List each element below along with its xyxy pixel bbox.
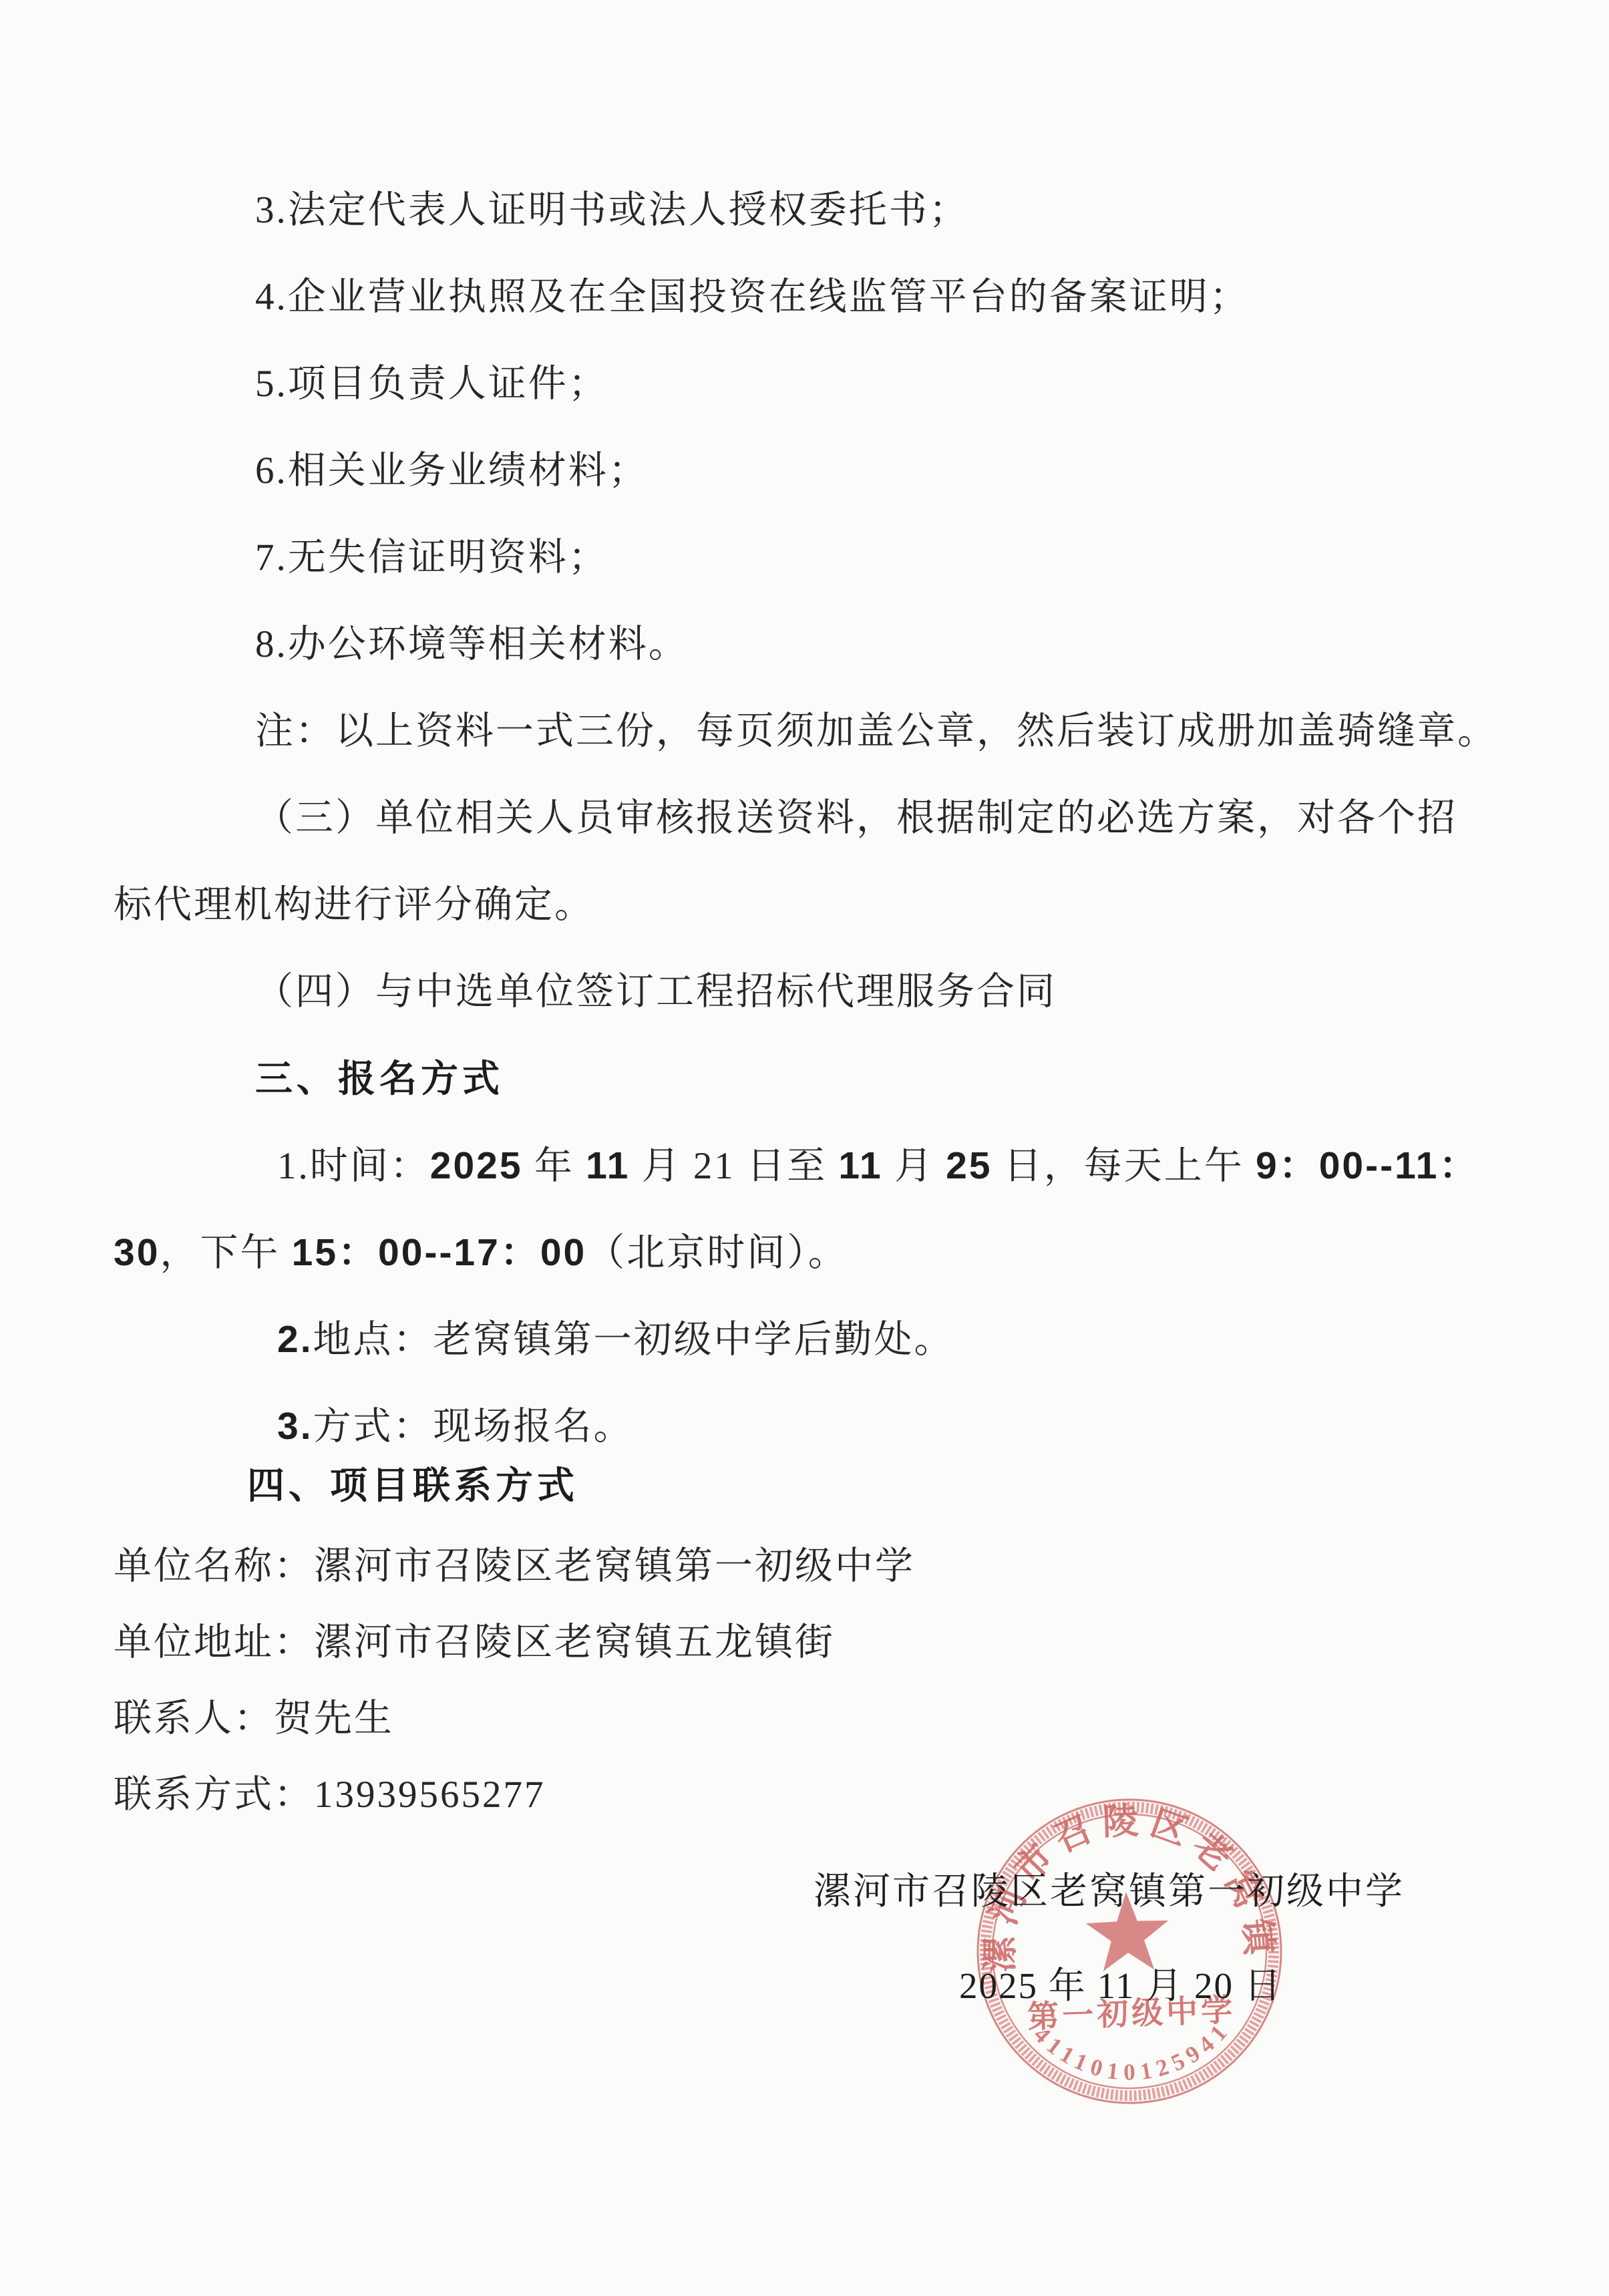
line-heading-four: 四、项目联系方式 — [114, 1452, 1495, 1519]
text-run: 3. — [277, 1405, 313, 1448]
text-run: 3.法定代表人证明书或法人授权委托书； — [255, 189, 969, 231]
line-item-8: 8.办公环境等相关材料。 — [114, 601, 1495, 688]
line-heading-three: 三、报名方式 — [114, 1035, 1495, 1122]
text-run: 11 — [586, 1144, 630, 1187]
text-run: 1.时间： — [277, 1145, 430, 1187]
line-org-address: 单位地址：漯河市召陵区老窝镇五龙镇街 — [114, 1605, 1495, 1681]
text-run: 15：00--17：00 — [292, 1231, 587, 1274]
text-run: 方式：现场报名。 — [313, 1406, 634, 1448]
closing-signature: 漯河市召陵区老窝镇第一初级中学 — [814, 1862, 1405, 1915]
text-run: （北京时间）。 — [586, 1232, 848, 1274]
text-run: 单位名称：漯河市召陵区老窝镇第一初级中学 — [114, 1545, 915, 1587]
line-contact-person: 联系人：贺先生 — [114, 1681, 1495, 1757]
text-run: 月 — [883, 1145, 946, 1187]
line-item-3: 3.法定代表人证明书或法人授权委托书； — [114, 167, 1495, 254]
line-org-name: 单位名称：漯河市召陵区老窝镇第一初级中学 — [114, 1528, 1495, 1605]
text-run: 联系人：贺先生 — [114, 1697, 394, 1740]
text-run: 注：以上资料一式三份，每页须加盖公章，然后装订成册加盖骑缝章。 — [255, 710, 1497, 752]
line-para-three-line-2: 标代理机构进行评分确定。 — [114, 862, 1495, 949]
text-run: ，下午 — [160, 1232, 291, 1274]
line-para-three-line-1: （三）单位相关人员审核报送资料，根据制定的必选方案，对各个招 — [114, 775, 1495, 862]
text-run: 2. — [277, 1318, 313, 1361]
text-run: 6.相关业务业绩材料； — [255, 450, 649, 492]
line-contact-phone: 联系方式：13939565277 — [114, 1757, 1495, 1833]
line-time-line-2: 30，下午 15：00--17：00（北京时间）。 — [114, 1209, 1495, 1296]
line-item-7: 7.无失信证明资料； — [114, 514, 1495, 601]
text-run: （三）单位相关人员审核报送资料，根据制定的必选方案，对各个招 — [255, 797, 1457, 839]
text-run: （四）与中选单位签订工程招标代理服务合同 — [255, 971, 1057, 1013]
text-run: 11 — [838, 1144, 882, 1187]
text-run: 8.办公环境等相关材料。 — [255, 623, 689, 665]
line-note: 注：以上资料一式三份，每页须加盖公章，然后装订成册加盖骑缝章。 — [114, 688, 1495, 775]
text-run: 5.项目负责人证件； — [255, 363, 608, 405]
text-run: 单位地址：漯河市召陵区老窝镇五龙镇街 — [114, 1621, 835, 1663]
text-run: 四、项目联系方式 — [247, 1464, 578, 1506]
text-run: 30 — [114, 1231, 160, 1274]
text-run: 月 21 日至 — [630, 1145, 838, 1187]
document-body: 3.法定代表人证明书或法人授权委托书；4.企业营业执照及在全国投资在线监管平台的… — [114, 167, 1495, 1833]
text-run: 25 — [946, 1144, 992, 1187]
line-item-5: 5.项目负责人证件； — [114, 341, 1495, 428]
text-run: 标代理机构进行评分确定。 — [114, 884, 594, 926]
text-run: 4.企业营业执照及在全国投资在线监管平台的备案证明； — [255, 276, 1250, 318]
line-time-line-1: 1.时间：2025 年 11 月 21 日至 11 月 25 日，每天上午 9：… — [114, 1122, 1495, 1209]
scanned-document-page: 漯河市召陵区老窝镇 第一初级中学 4111010125941 3.法定代表人证明… — [0, 0, 1609, 2296]
text-run: 年 — [523, 1145, 586, 1187]
text-run: 2025 — [430, 1144, 523, 1187]
line-place: 2.地点：老窝镇第一初级中学后勤处。 — [114, 1296, 1495, 1383]
text-run: 三、报名方式 — [255, 1057, 504, 1100]
text-run: 7.无失信证明资料； — [255, 536, 608, 579]
text-run: 9：00--11： — [1256, 1144, 1479, 1187]
line-item-4: 4.企业营业执照及在全国投资在线监管平台的备案证明； — [114, 254, 1495, 341]
line-para-four: （四）与中选单位签订工程招标代理服务合同 — [114, 949, 1495, 1035]
text-run: 联系方式：13939565277 — [114, 1774, 546, 1816]
text-run: 地点：老窝镇第一初级中学后勤处。 — [313, 1319, 954, 1361]
text-run: 日，每天上午 — [993, 1145, 1256, 1187]
line-item-6: 6.相关业务业绩材料； — [114, 428, 1495, 514]
closing-date: 2025 年 11 月 20 日 — [959, 1956, 1282, 2009]
